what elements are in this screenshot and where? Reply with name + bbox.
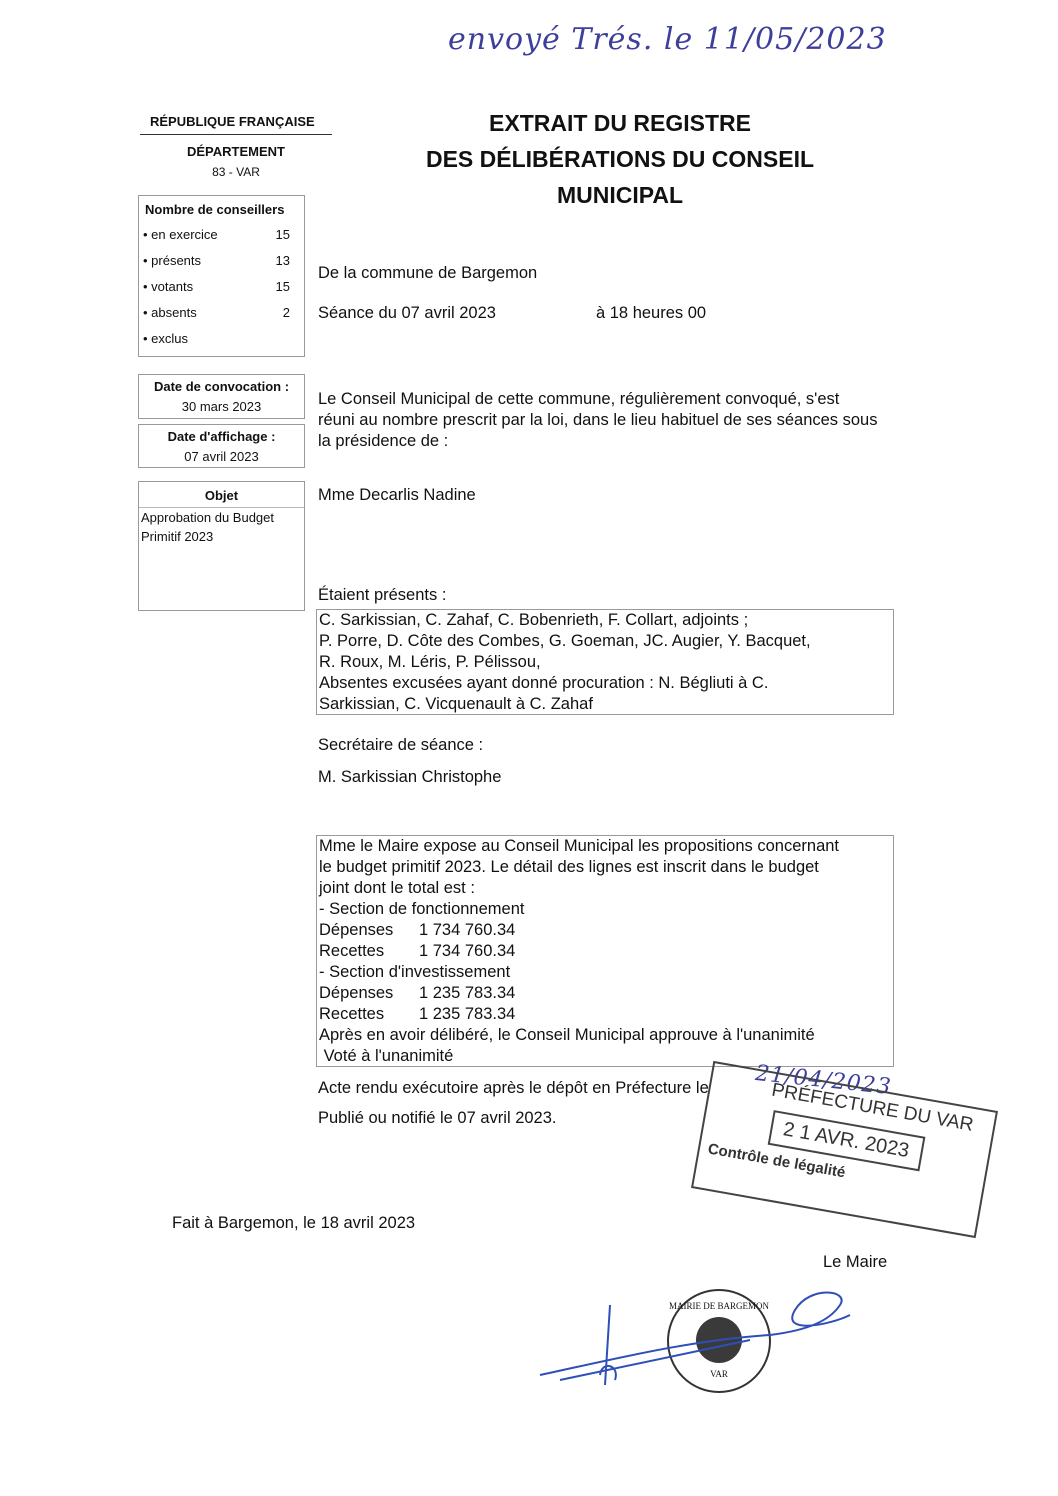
prefecture-stamp: PRÉFECTURE DU VAR 2 1 AVR. 2023 Contrôle… bbox=[691, 1061, 998, 1238]
presents-box: C. Sarkissian, C. Zahaf, C. Bobenrieth, … bbox=[316, 609, 894, 715]
conseillers-box: Nombre de conseillers • en exercice15 • … bbox=[138, 195, 305, 357]
divider bbox=[140, 134, 332, 135]
seance-date: Séance du 07 avril 2023 bbox=[318, 303, 496, 324]
commune: De la commune de Bargemon bbox=[318, 263, 537, 284]
convocation-box: Date de convocation : 30 mars 2023 bbox=[138, 374, 305, 419]
conseillers-row: • votants15 bbox=[139, 273, 304, 299]
seance-heure: à 18 heures 00 bbox=[596, 303, 706, 324]
republique-label: RÉPUBLIQUE FRANÇAISE bbox=[150, 114, 315, 129]
departement-label: DÉPARTEMENT bbox=[140, 144, 332, 159]
conseillers-row: • présents13 bbox=[139, 247, 304, 273]
intro-paragraph: Le Conseil Municipal de cette commune, r… bbox=[318, 389, 878, 452]
fait-a: Fait à Bargemon, le 18 avril 2023 bbox=[172, 1213, 415, 1234]
presents-label: Étaient présents : bbox=[318, 585, 446, 606]
conseillers-row: • en exercice15 bbox=[139, 221, 304, 247]
affichage-box: Date d'affichage : 07 avril 2023 bbox=[138, 424, 305, 468]
deliberation-box: Mme le Maire expose au Conseil Municipal… bbox=[316, 835, 894, 1067]
departement-value: 83 - VAR bbox=[140, 165, 332, 179]
handwritten-annotation: envoyé Trés. le 11/05/2023 bbox=[448, 22, 887, 57]
secretaire-value: M. Sarkissian Christophe bbox=[318, 767, 501, 788]
signature-icon bbox=[530, 1280, 860, 1390]
conseillers-row: • absents2 bbox=[139, 299, 304, 325]
conseillers-heading: Nombre de conseillers bbox=[139, 196, 304, 221]
signataire: Le Maire bbox=[823, 1252, 887, 1273]
secretaire-label: Secrétaire de séance : bbox=[318, 735, 483, 756]
conseillers-row: • exclus bbox=[139, 325, 304, 351]
page-title: EXTRAIT DU REGISTRE DES DÉLIBÉRATIONS DU… bbox=[380, 105, 860, 213]
objet-box: Objet Approbation du Budget Primitif 202… bbox=[138, 481, 305, 611]
executoire: Acte rendu exécutoire après le dépôt en … bbox=[318, 1078, 709, 1099]
president: Mme Decarlis Nadine bbox=[318, 485, 476, 506]
publie: Publié ou notifié le 07 avril 2023. bbox=[318, 1108, 557, 1129]
